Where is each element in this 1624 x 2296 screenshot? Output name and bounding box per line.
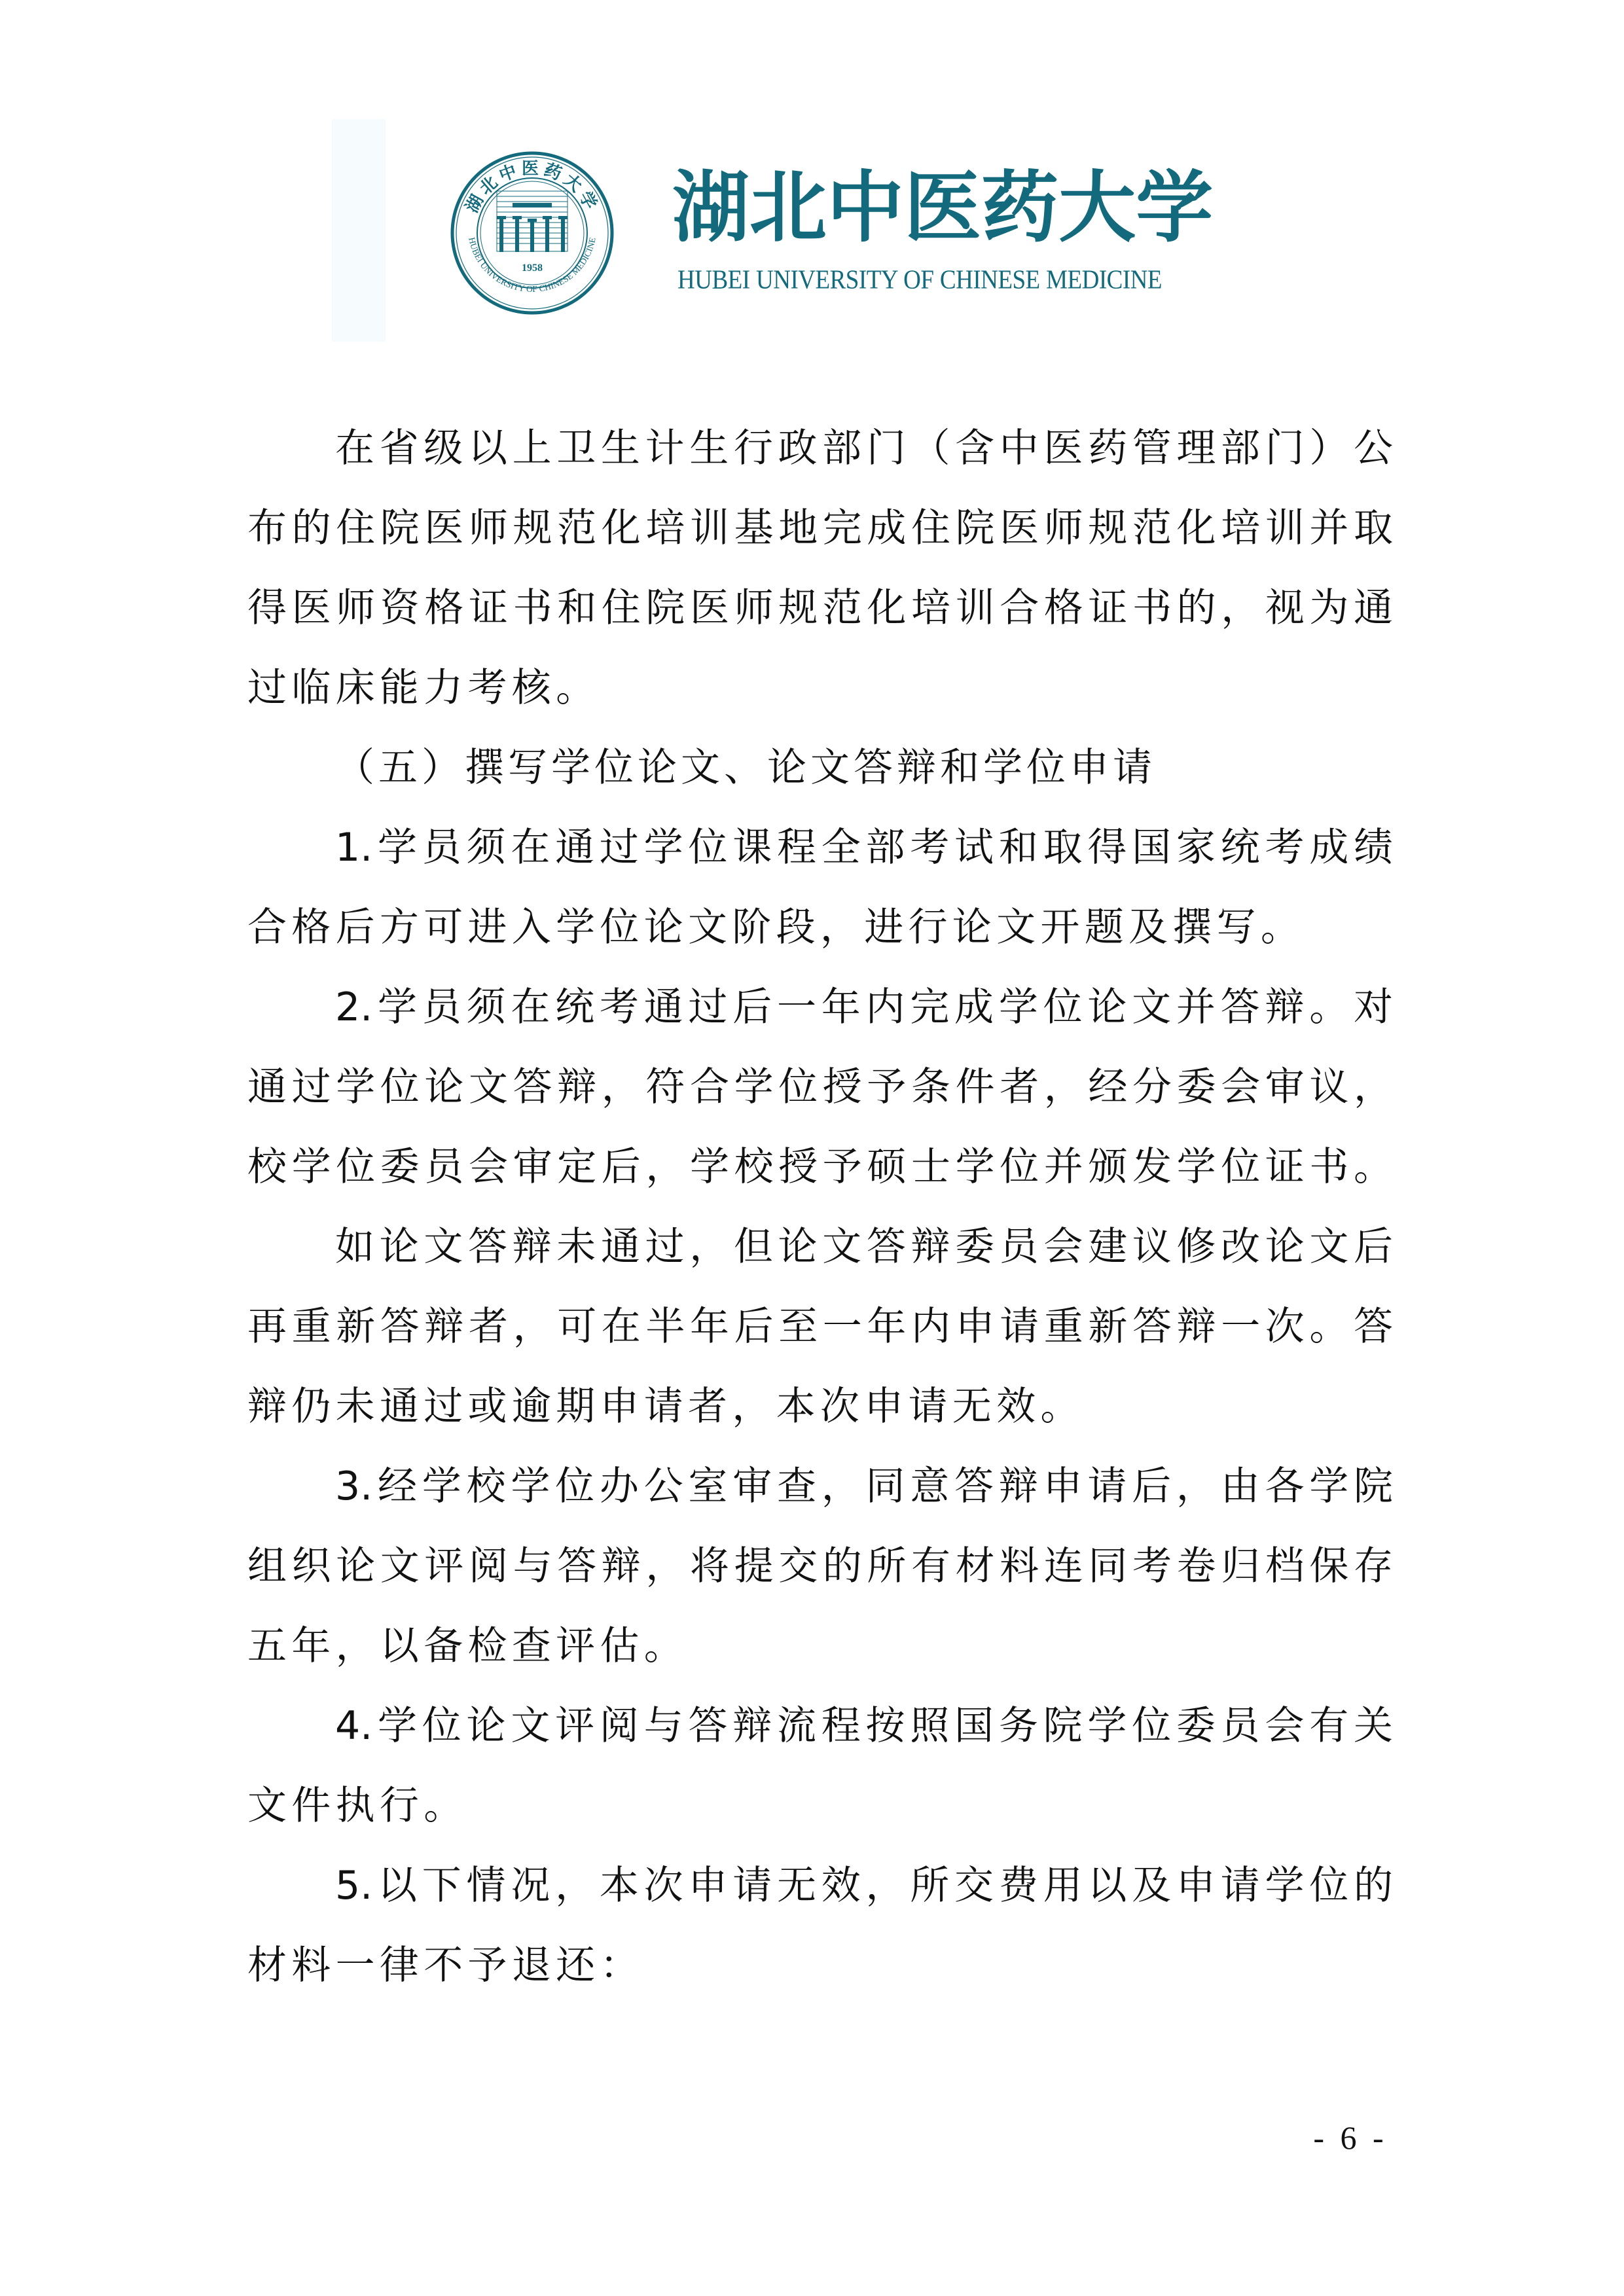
paragraph-line: 如​论​文​答​辩​未​通​过​，​但​论​文​答​辩​委​员​会​建​议​修​… — [335, 1207, 1393, 1287]
wordmark-char: 大 — [1058, 165, 1136, 250]
paragraph-line: 4​.​学​位​论​文​评​阅​与​答​辩​流​程​按​照​国​务​院​学​位​… — [335, 1686, 1393, 1766]
paragraph-line: 五年，以备检查评估。 — [247, 1606, 1393, 1686]
paragraph-line: 在​省​级​以​上​卫​生​计​生​行​政​部​门​（​含​中​医​药​管​理​… — [335, 408, 1393, 488]
university-name-en: HUBEI UNIVERSITY OF CHINESE MEDICINE — [677, 266, 1162, 295]
seal-year: 1958 — [522, 262, 543, 274]
university-seal-icon: 湖北中医药大学 HUBEI UNIVERSITY OF CHINESE MEDI… — [450, 151, 615, 315]
logo-background-tint — [332, 119, 386, 342]
section-heading: （五）撰写学位论文、论文答辩和学位申请 — [335, 728, 1393, 808]
university-name-cn: 湖 北 中 医 药 大 学 — [672, 165, 1163, 250]
wordmark-char: 医 — [904, 165, 981, 250]
paragraph-line: 再​重​新​答​辩​者​，​可​在​半​年​后​至​一​年​内​申​请​重​新​… — [247, 1287, 1393, 1367]
paragraph-line: 材料一律不予退还： — [247, 1926, 1393, 2005]
paragraph-line: 布​的​住​院​医​师​规​范​化​培​训​基​地​完​成​住​院​医​师​规​… — [247, 488, 1393, 568]
paragraph-line: 过临床能力考核。 — [247, 648, 1393, 728]
paragraph-line: 合格后方可进入学位论文阶段，进行论文开题及撰写。 — [247, 888, 1393, 967]
paragraph-line: 3​.​经​学​校​学​位​办​公​室​审​查​，​同​意​答​辩​申​请​后​… — [335, 1446, 1393, 1526]
paragraph-line: 文件执行。 — [247, 1766, 1393, 1846]
paragraph-line: 得​医​师​资​格​证​书​和​住​院​医​师​规​范​化​培​训​合​格​证​… — [247, 568, 1393, 648]
wordmark-char: 北 — [749, 165, 827, 250]
paragraph-line: 辩仍未通过或逾期申请者，本次申请无效。 — [247, 1367, 1393, 1446]
paragraph-line: 通​过​学​位​论​文​答​辩​，​符​合​学​位​授​予​条​件​者​，​经​… — [247, 1047, 1393, 1127]
paragraph-line: 5​.​以​下​情​况​，​本​次​申​请​无​效​，​所​交​费​用​以​及​… — [335, 1846, 1393, 1926]
wordmark-char: 药 — [981, 165, 1058, 250]
paragraph-line: 组​织​论​文​评​阅​与​答​辩​，​将​提​交​的​所​有​材​料​连​同​… — [247, 1526, 1393, 1606]
paragraph-line: 2​.​学​员​须​在​统​考​通​过​后​一​年​内​完​成​学​位​论​文​… — [335, 967, 1393, 1047]
paragraph-line: 校​学​位​委​员​会​审​定​后​，​学​校​授​予​硕​士​学​位​并​颁​… — [247, 1127, 1393, 1207]
page-number: - 6 - — [1299, 2119, 1398, 2156]
paragraph-line: 1​.​学​员​须​在​通​过​学​位​课​程​全​部​考​试​和​取​得​国​… — [335, 808, 1393, 888]
wordmark-char: 学 — [1136, 165, 1213, 250]
wordmark-char: 中 — [827, 165, 904, 250]
university-logo: 湖北中医药大学 HUBEI UNIVERSITY OF CHINESE MEDI… — [332, 119, 1183, 342]
wordmark-char: 湖 — [672, 165, 749, 250]
